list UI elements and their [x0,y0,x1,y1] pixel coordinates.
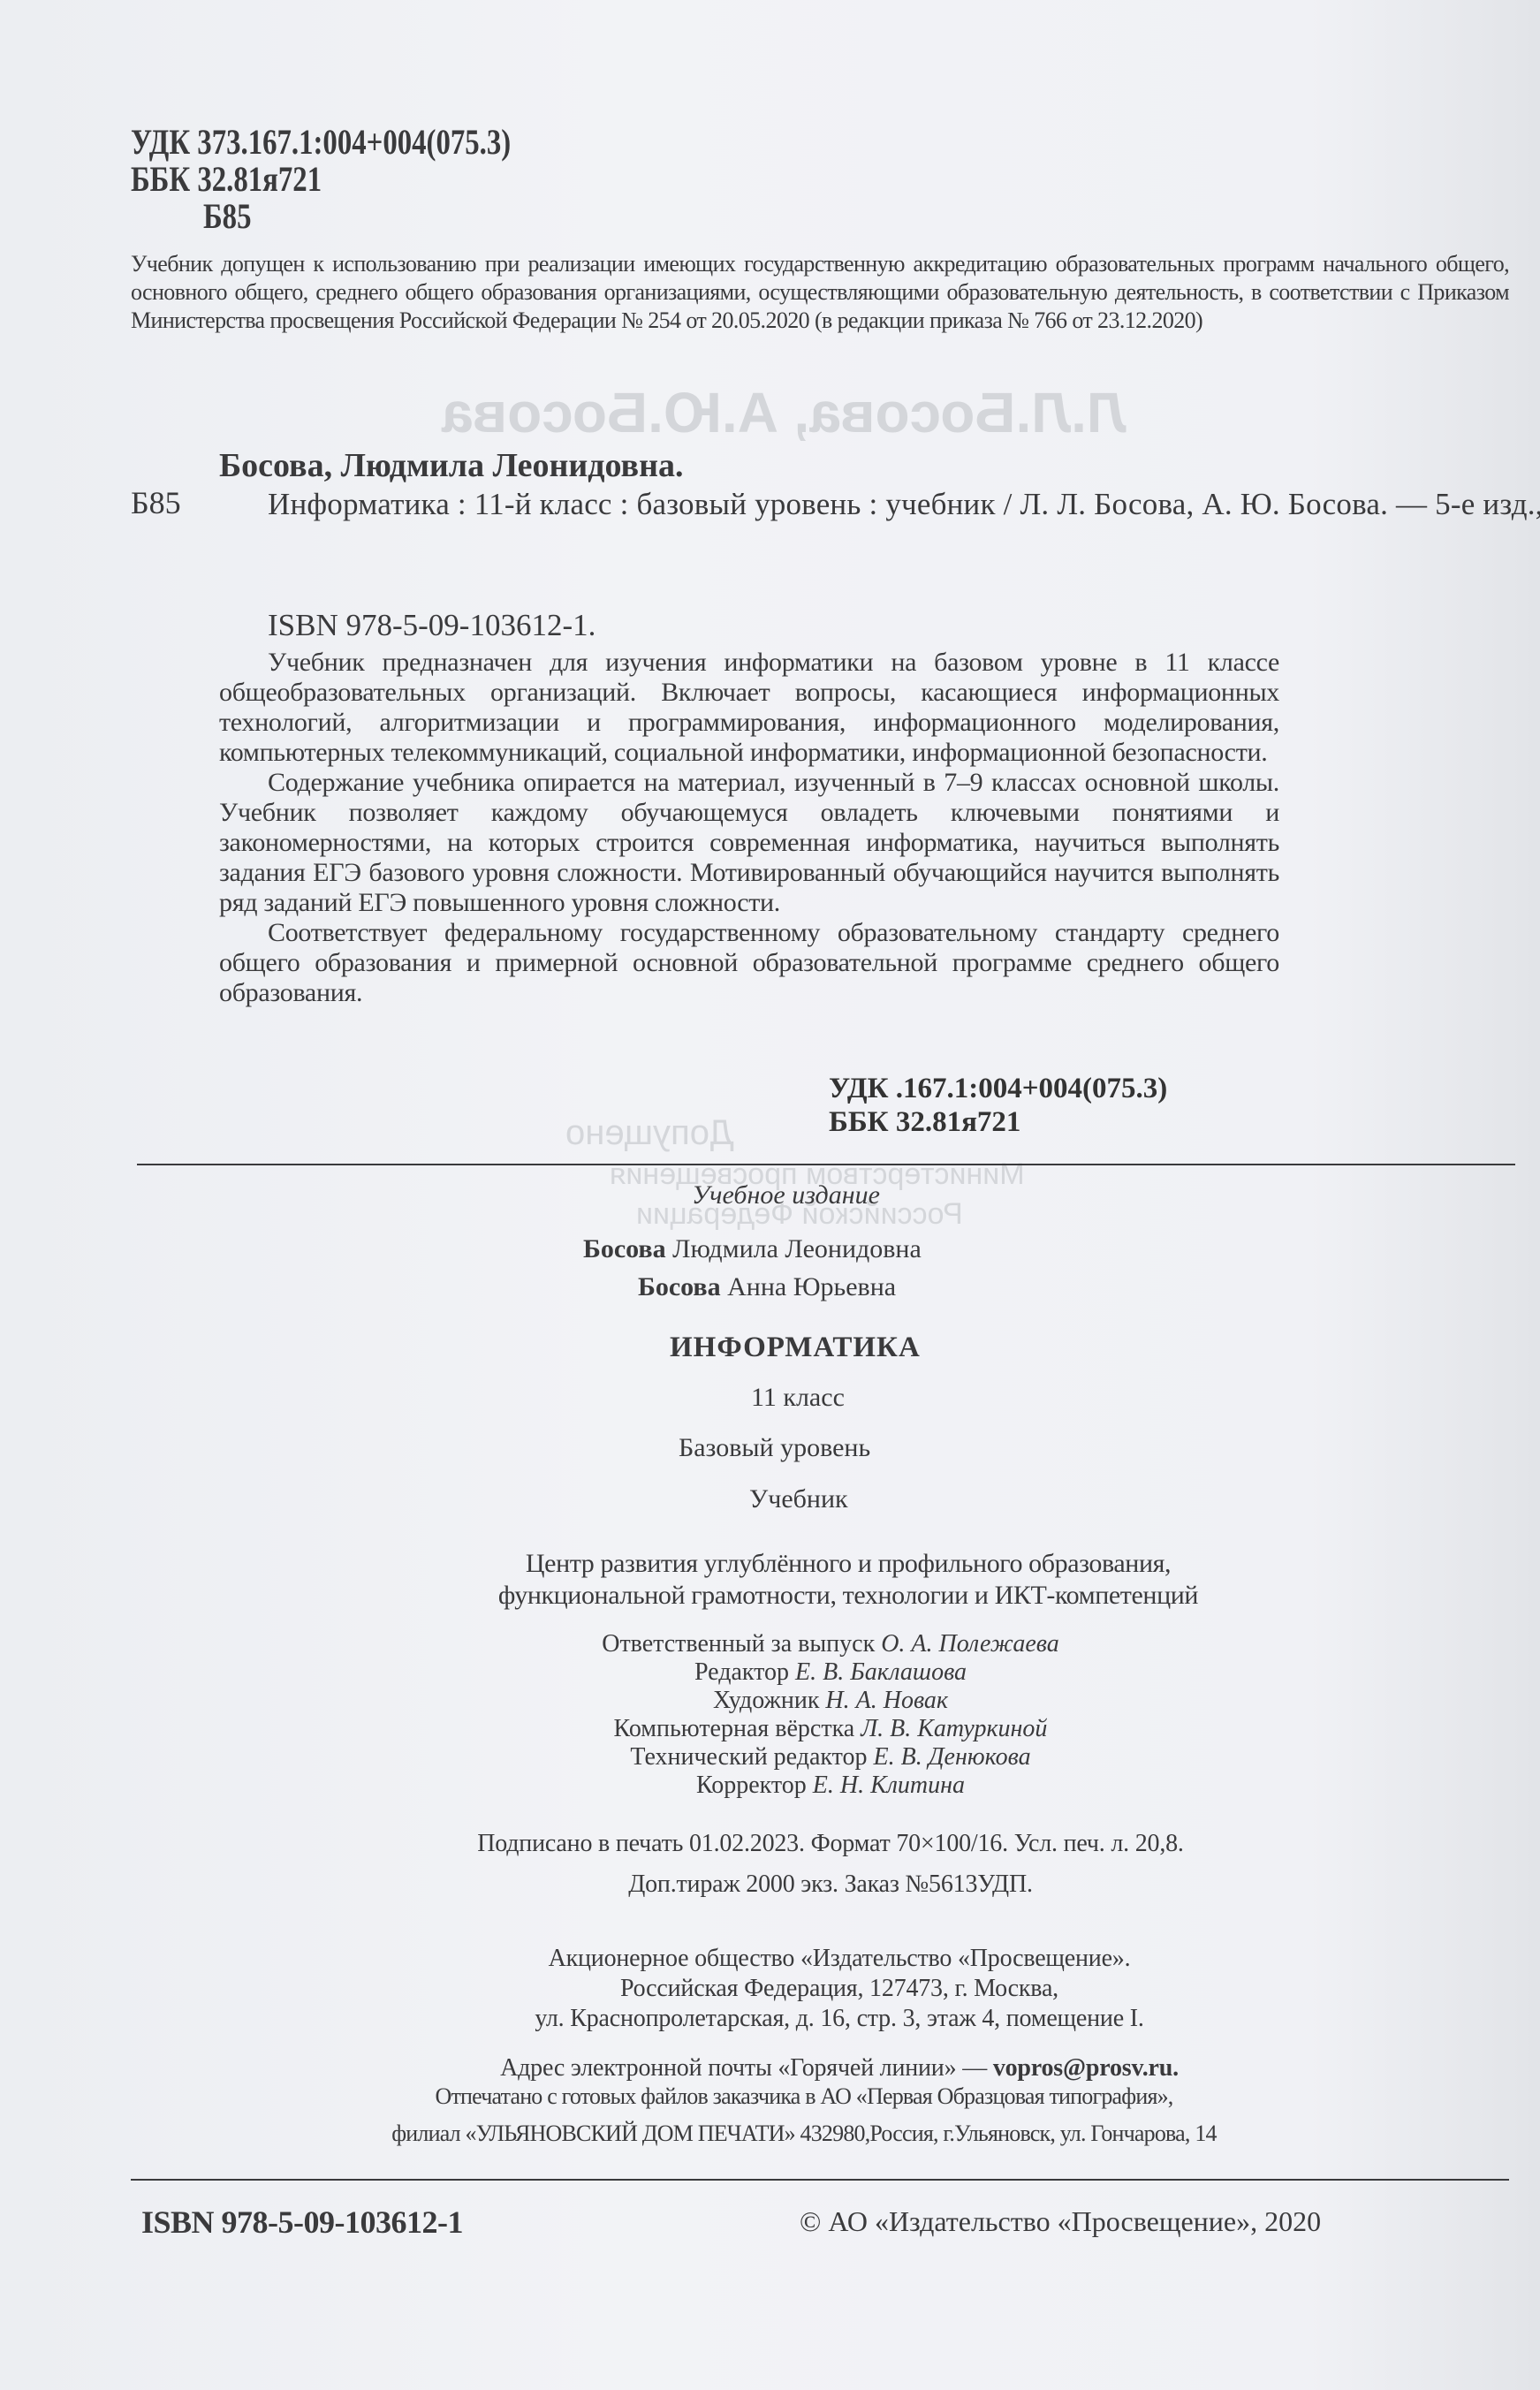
publisher-line: Российская Федерация, 127473, г. Москва, [336,1974,1343,2004]
credit-name: Н. А. Новак [825,1687,948,1714]
author-given-name: Людмила Леонидовна [672,1234,922,1263]
print-run: Доп.тираж 2000 экз. Заказ №5613УДП. [300,1870,1361,1900]
department-line: функциональной грамотности, технологии и… [389,1580,1308,1612]
credit-name: Л. В. Катуркиной [861,1715,1047,1742]
author-surname: Босова [583,1234,666,1263]
abstract-paragraph: Содержание учебника опирается на материа… [219,768,1279,918]
show-through-approved: Допущено [565,1113,734,1153]
credit-name: Е. В. Денюкова [874,1743,1031,1771]
bbk-code: ББК 32.81я721 [131,161,511,198]
show-through-authors: Л.Л.Босова, А.Ю.Босова [442,380,1127,445]
divider [137,1164,1515,1165]
credit-role: Корректор [696,1772,807,1799]
udk-code: УДК 373.167.1:004+004(075.3) [131,124,511,161]
copyright: © АО «Издательство «Просвещение», 2020 [800,2205,1321,2238]
credit-line: Компьютерная вёрстка Л. В. Катуркиной [477,1715,1184,1743]
credit-role: Художник [713,1687,819,1714]
print-info: Подписано в печать 01.02.2023. Формат 70… [300,1829,1361,1900]
book-level: Базовый уровень [679,1433,870,1463]
print-signed: Подписано в печать 01.02.2023. Формат 70… [300,1829,1361,1859]
credit-line: Корректор Е. Н. Клитина [477,1772,1184,1800]
credit-line: Технический редактор Е. В. Денюкова [477,1743,1184,1772]
printed-by-line: филиал «УЛЬЯНОВСКИЙ ДОМ ПЕЧАТИ» 432980,Р… [141,2115,1467,2152]
book-grade: 11 класс [751,1383,845,1413]
record-author: Босова, Людмила Леонидовна. [219,446,683,485]
author-surname: Босова [638,1272,721,1301]
credit-name: Е. Н. Клитина [813,1772,965,1799]
publisher-line: ул. Краснопролетарская, д. 16, стр. 3, э… [336,2004,1343,2034]
publisher-line: Акционерное общество «Издательство «Прос… [336,1944,1343,1974]
credit-name: Е. В. Баклашова [795,1658,967,1686]
classification-footer: УДК .167.1:004+004(075.3) ББК 32.81я721 [829,1072,1167,1139]
credit-name: О. А. Полежаева [881,1630,1059,1658]
book-imprint-page: Л.Л.Босова, А.Ю.Босова Допущено Министер… [0,0,1540,2390]
udk-code-footer: УДК .167.1:004+004(075.3) [829,1072,1167,1105]
classification-header: УДК 373.167.1:004+004(075.3) ББК 32.81я7… [131,124,595,235]
credit-line: Художник Н. А. Новак [477,1687,1184,1715]
author-line: Босова Людмила Леонидовна [583,1234,922,1264]
author-given-name: Анна Юрьевна [727,1272,896,1301]
divider [131,2179,1509,2181]
printed-by: Отпечатано с готовых файлов заказчика в … [141,2078,1467,2152]
credit-role: Технический редактор [630,1743,867,1771]
credits: Ответственный за выпуск О. А. Полежаева … [477,1630,1184,1800]
author-mark: Б85 [131,198,511,235]
bbk-code-footer: ББК 32.81я721 [829,1105,1167,1139]
edition-type: Учебное издание [692,1180,880,1210]
credit-line: Редактор Е. В. Баклашова [477,1658,1184,1687]
department: Центр развития углублённого и профильног… [389,1548,1308,1612]
abstract-paragraph: Учебник предназначен для изучения информ… [219,648,1279,768]
abstract-paragraph: Соответствует федеральному государственн… [219,918,1279,1008]
department-line: Центр развития углублённого и профильног… [389,1548,1308,1580]
approval-note: Учебник допущен к использованию при реал… [131,250,1509,335]
printed-by-line: Отпечатано с готовых файлов заказчика в … [141,2078,1467,2115]
credit-line: Ответственный за выпуск О. А. Полежаева [477,1630,1184,1658]
abstract: Учебник предназначен для изучения информ… [219,648,1279,1008]
credit-role: Редактор [694,1658,789,1686]
record-author-mark: Б85 [131,484,181,521]
credit-role: Ответственный за выпуск [602,1630,875,1658]
book-title: ИНФОРМАТИКА [670,1332,921,1364]
credit-role: Компьютерная вёрстка [614,1715,855,1742]
author-line: Босова Анна Юрьевна [638,1272,896,1302]
record-description: Информатика : 11-й класс : базовый урове… [219,483,1279,525]
record-isbn: ISBN 978-5-09-103612-1. [268,608,596,643]
publisher-info: Акционерное общество «Издательство «Прос… [336,1944,1343,2083]
book-kind: Учебник [749,1484,848,1514]
footer-isbn: ISBN 978-5-09-103612-1 [141,2204,463,2241]
